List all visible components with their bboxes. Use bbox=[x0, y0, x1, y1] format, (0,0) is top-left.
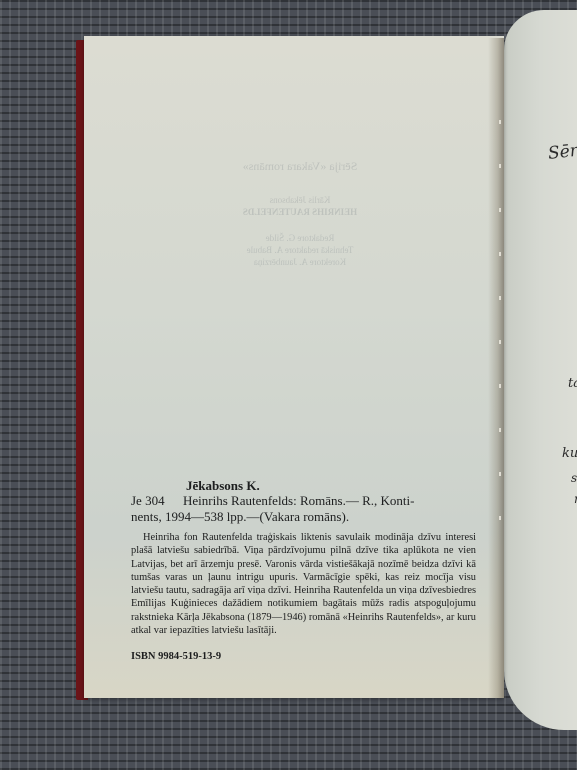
right-page-fragment: ku bbox=[562, 446, 577, 461]
right-page-fragment: ta bbox=[568, 376, 577, 391]
catalog-card: Jēkabsons K. Je 304Heinrihs Rautenfelds:… bbox=[131, 478, 476, 662]
catalog-author: Jēkabsons K. bbox=[186, 478, 476, 493]
catalog-publication-line: nents, 1994—538 lpp.—(Vakara romāns). bbox=[131, 509, 476, 525]
catalog-abstract: Heinriha fon Rautenfelda traģiskais likt… bbox=[131, 531, 476, 637]
isbn: ISBN 9984-519-13-9 bbox=[131, 651, 476, 662]
show-through-text: Sērija «Vakara romāns» Kārlis Jēkabsons … bbox=[150, 160, 450, 268]
binding-stitches bbox=[499, 120, 501, 540]
book-gutter bbox=[488, 38, 504, 698]
catalog-title-line: Je 304Heinrihs Rautenfelds: Romāns.— R.,… bbox=[131, 493, 476, 509]
right-page: Sēri ta ku s r bbox=[504, 10, 577, 730]
right-page-fragment: Sēri bbox=[547, 140, 577, 164]
catalog-code: Je 304 bbox=[131, 493, 183, 509]
right-page-fragment: s bbox=[571, 471, 577, 485]
